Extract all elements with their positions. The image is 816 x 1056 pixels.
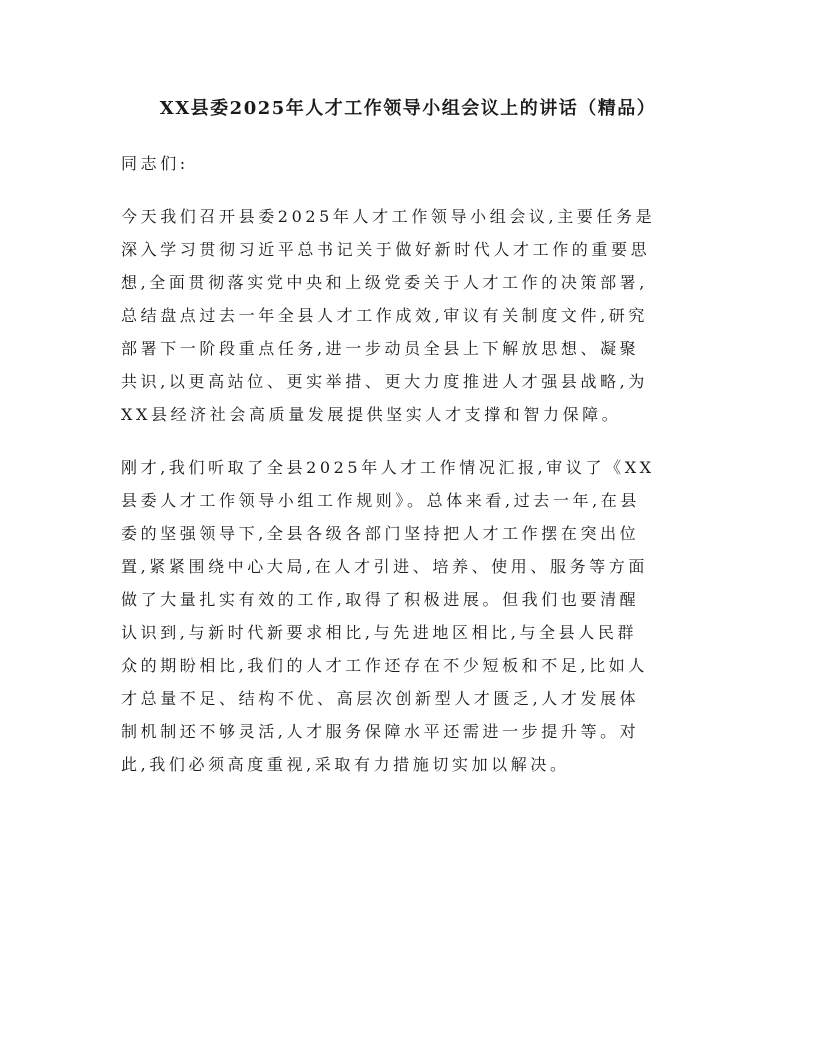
paragraph-line: 委的坚强领导下,全县各级各部门坚持把人才工作摆在突出位 [121,522,639,546]
paragraph-line: 才总量不足、结构不优、高层次创新型人才匮乏,人才发展体 [121,687,639,711]
paragraph-line: 做了大量扎实有效的工作,取得了积极进展。但我们也要清醒 [121,588,639,612]
paragraph-line: 今天我们召开县委2025年人才工作领导小组会议,主要任务是 [121,205,655,229]
paragraph-line: 众的期盼相比,我们的人才工作还存在不少短板和不足,比如人 [121,654,648,678]
paragraph-line: 刚才,我们听取了全县2025年人才工作情况汇报,审议了《XX [121,456,655,480]
document-page: XX县委2025年人才工作领导小组会议上的讲话（精品） 同志们: 今天我们召开县… [0,0,816,1056]
paragraph-line: 认识到,与新时代新要求相比,与先进地区相比,与全县人民群 [121,621,637,645]
paragraph-line: 县委人才工作领导小组工作规则》。总体来看,过去一年,在县 [121,489,640,513]
paragraph-line: 深入学习贯彻习近平总书记关于做好新时代人才工作的重要思 [121,238,650,262]
paragraph-line: 制机制还不够灵活,人才服务保障水平还需进一步提升等。对 [121,720,639,744]
paragraph-line: XX县经济社会高质量发展提供坚实人才支撑和智力保障。 [121,403,621,427]
paragraph-line: 共识,以更高站位、更实举措、更大力度推进人才强县战略,为 [121,370,648,394]
paragraph-line: 此,我们必须高度重视,采取有力措施切实加以解决。 [121,753,570,777]
document-title: XX县委2025年人才工作领导小组会议上的讲话（精品） [0,96,816,122]
paragraph-line: 置,紧紧围绕中心大局,在人才引进、培养、使用、服务等方面 [121,555,648,579]
paragraph-line: 想,全面贯彻落实党中央和上级党委关于人才工作的决策部署, [121,271,648,295]
paragraph-line: 总结盘点过去一年全县人才工作成效,审议有关制度文件,研究 [121,304,648,328]
salutation: 同志们: [121,152,189,176]
paragraph-line: 部署下一阶段重点任务,进一步动员全县上下解放思想、凝聚 [121,337,639,361]
